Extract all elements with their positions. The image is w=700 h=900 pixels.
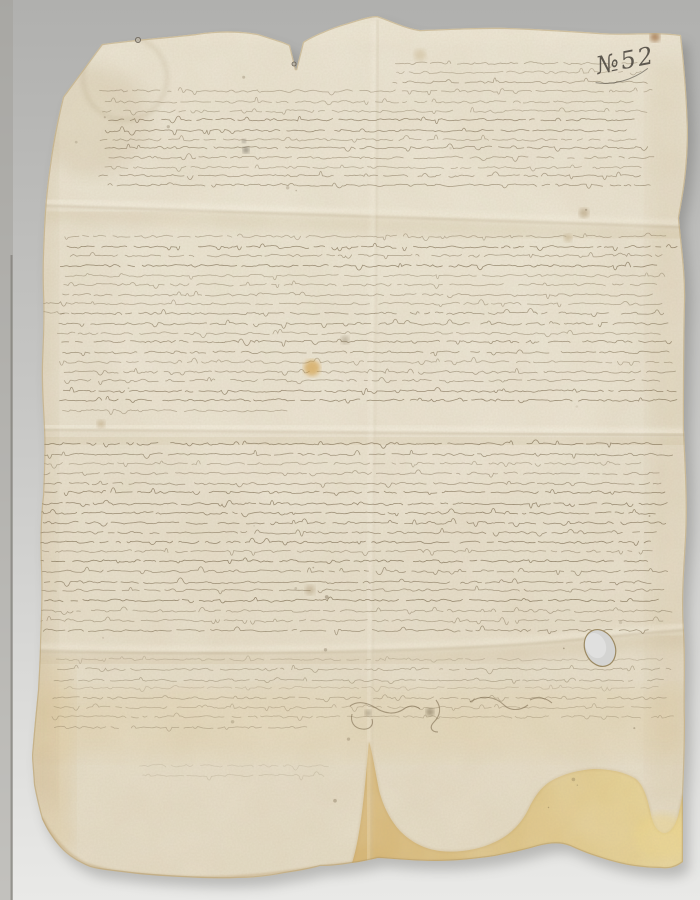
manuscript-photo-svg: №52 bbox=[0, 0, 700, 900]
parchment-surface: №52 bbox=[0, 0, 700, 900]
parchment-grain-texture bbox=[0, 0, 700, 900]
manuscript-photograph: №52 bbox=[0, 0, 700, 900]
backdrop-left-strip-line bbox=[11, 255, 13, 900]
